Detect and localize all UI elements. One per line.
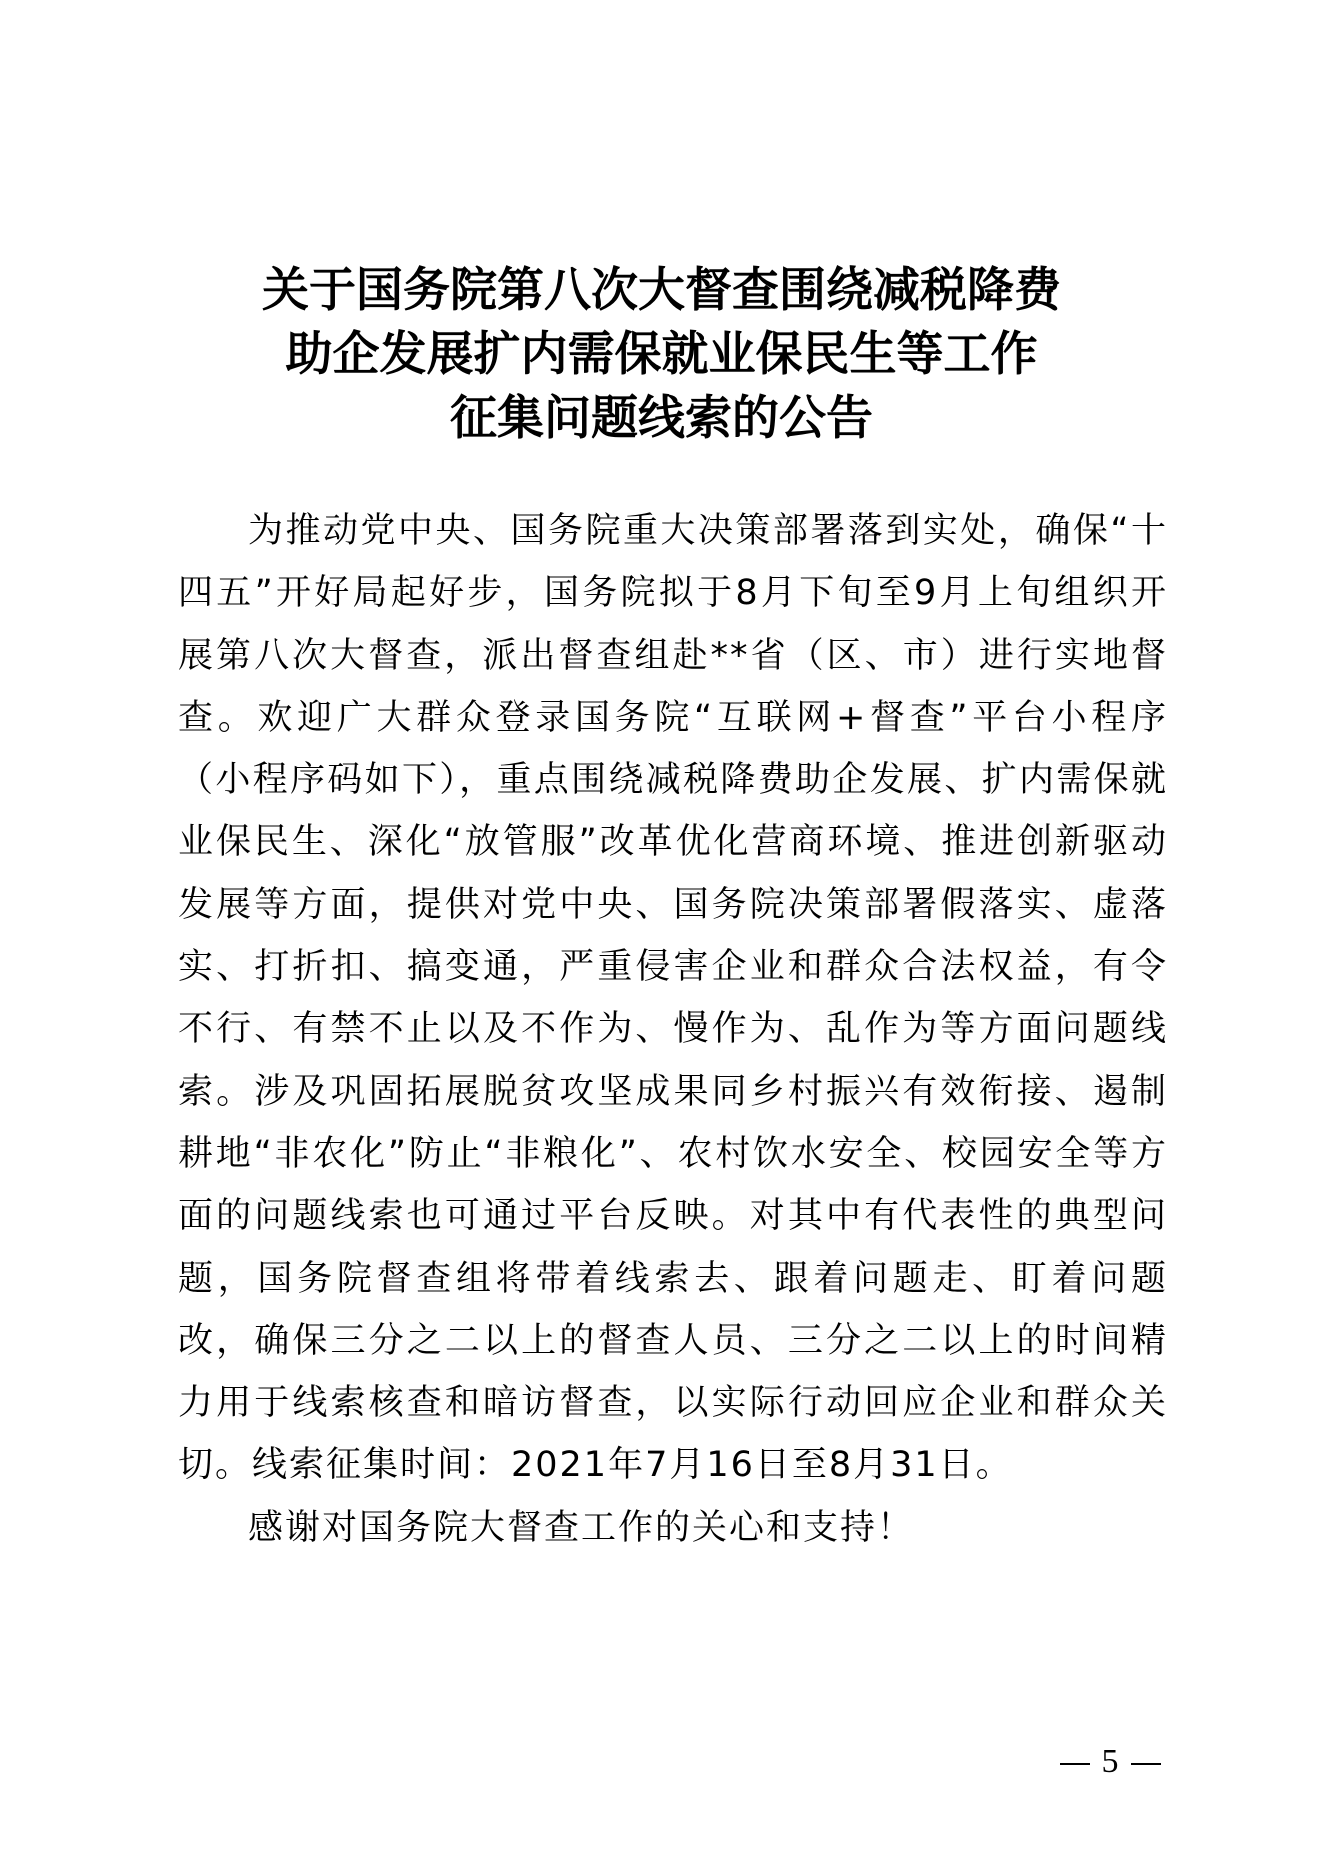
dash-left [1060,1763,1090,1765]
document-title: 关于国务院第八次大督查围绕减税降费 助企发展扩内需保就业保民生等工作 征集问题线… [0,259,1323,451]
body-paragraph: 为推动党中央、国务院重大决策部署落到实处，确保“十四五”开好局起好步，国务院拟于… [178,500,1168,1497]
title-line-2: 助企发展扩内需保就业保民生等工作 [0,323,1323,387]
page-number: 5 [1102,1743,1119,1780]
dash-right [1131,1763,1161,1765]
closing-line: 感谢对国务院大督查工作的关心和支持！ [178,1497,1168,1559]
title-line-1: 关于国务院第八次大督查围绕减税降费 [0,259,1323,323]
page-footer: 5 [1040,1742,1180,1782]
document-page: 关于国务院第八次大督查围绕减税降费 助企发展扩内需保就业保民生等工作 征集问题线… [0,0,1323,1871]
document-body: 为推动党中央、国务院重大决策部署落到实处，确保“十四五”开好局起好步，国务院拟于… [178,500,1168,1559]
title-line-3: 征集问题线索的公告 [0,387,1323,451]
